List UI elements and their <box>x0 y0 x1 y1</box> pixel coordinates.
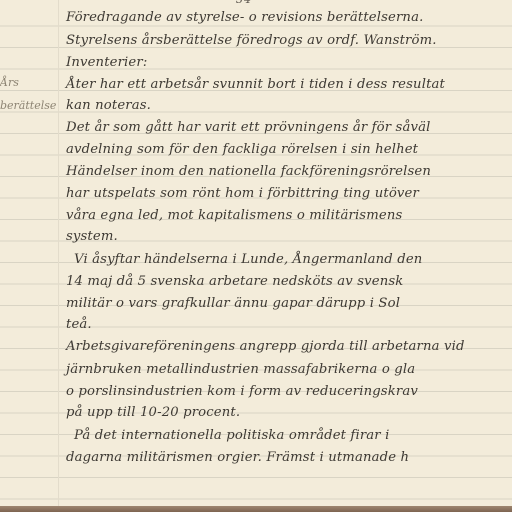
text-line: kan noteras. <box>66 98 151 113</box>
text-line: Arbetsgivareföreningens angrepp gjorda t… <box>66 339 465 354</box>
text-line: våra egna led, mot kapitalismens o milit… <box>66 208 402 223</box>
text-line: avdelning som för den fackliga rörelsen … <box>66 142 418 157</box>
text-line: Åter har ett arbetsår svunnit bort i tid… <box>66 77 445 92</box>
text-line: teå. <box>66 317 92 332</box>
text-line: Händelser inom den nationella fackföreni… <box>66 164 431 179</box>
text-line: militär o vars grafkullar ännu gapar där… <box>66 296 400 311</box>
text-line: system. <box>66 229 118 244</box>
text-line: Det år som gått har varit ett prövningen… <box>66 120 430 135</box>
text-line: dagarna militärismen orgier. Främst i ut… <box>66 450 409 465</box>
ledger-page: 34 Års berättelse Föredragande av styrel… <box>0 0 512 506</box>
margin-note: Års <box>0 76 19 89</box>
binding-edge <box>0 506 512 512</box>
text-line: På det internationella politiska området… <box>74 428 389 443</box>
text-line: järnbruken metallindustrien massafabrike… <box>66 362 415 377</box>
text-line: på upp till 10-20 procent. <box>66 405 240 420</box>
text-line: Inventerier: <box>66 55 147 70</box>
margin-note: berättelse <box>0 99 56 112</box>
text-line: Vi åsyftar händelserna i Lunde, Ångerman… <box>74 252 422 267</box>
text-line: Styrelsens årsberättelse föredrogs av or… <box>66 33 437 48</box>
text-line: o porslinsindustrien kom i form av reduc… <box>66 384 418 399</box>
page-number: 34 <box>236 0 252 6</box>
margin-rule <box>58 0 59 506</box>
text-line: 14 maj då 5 svenska arbetare nedsköts av… <box>66 274 403 289</box>
text-line: Föredragande av styrelse- o revisions be… <box>66 10 423 25</box>
text-line: har utspelats som rönt hom i förbittring… <box>66 186 419 201</box>
